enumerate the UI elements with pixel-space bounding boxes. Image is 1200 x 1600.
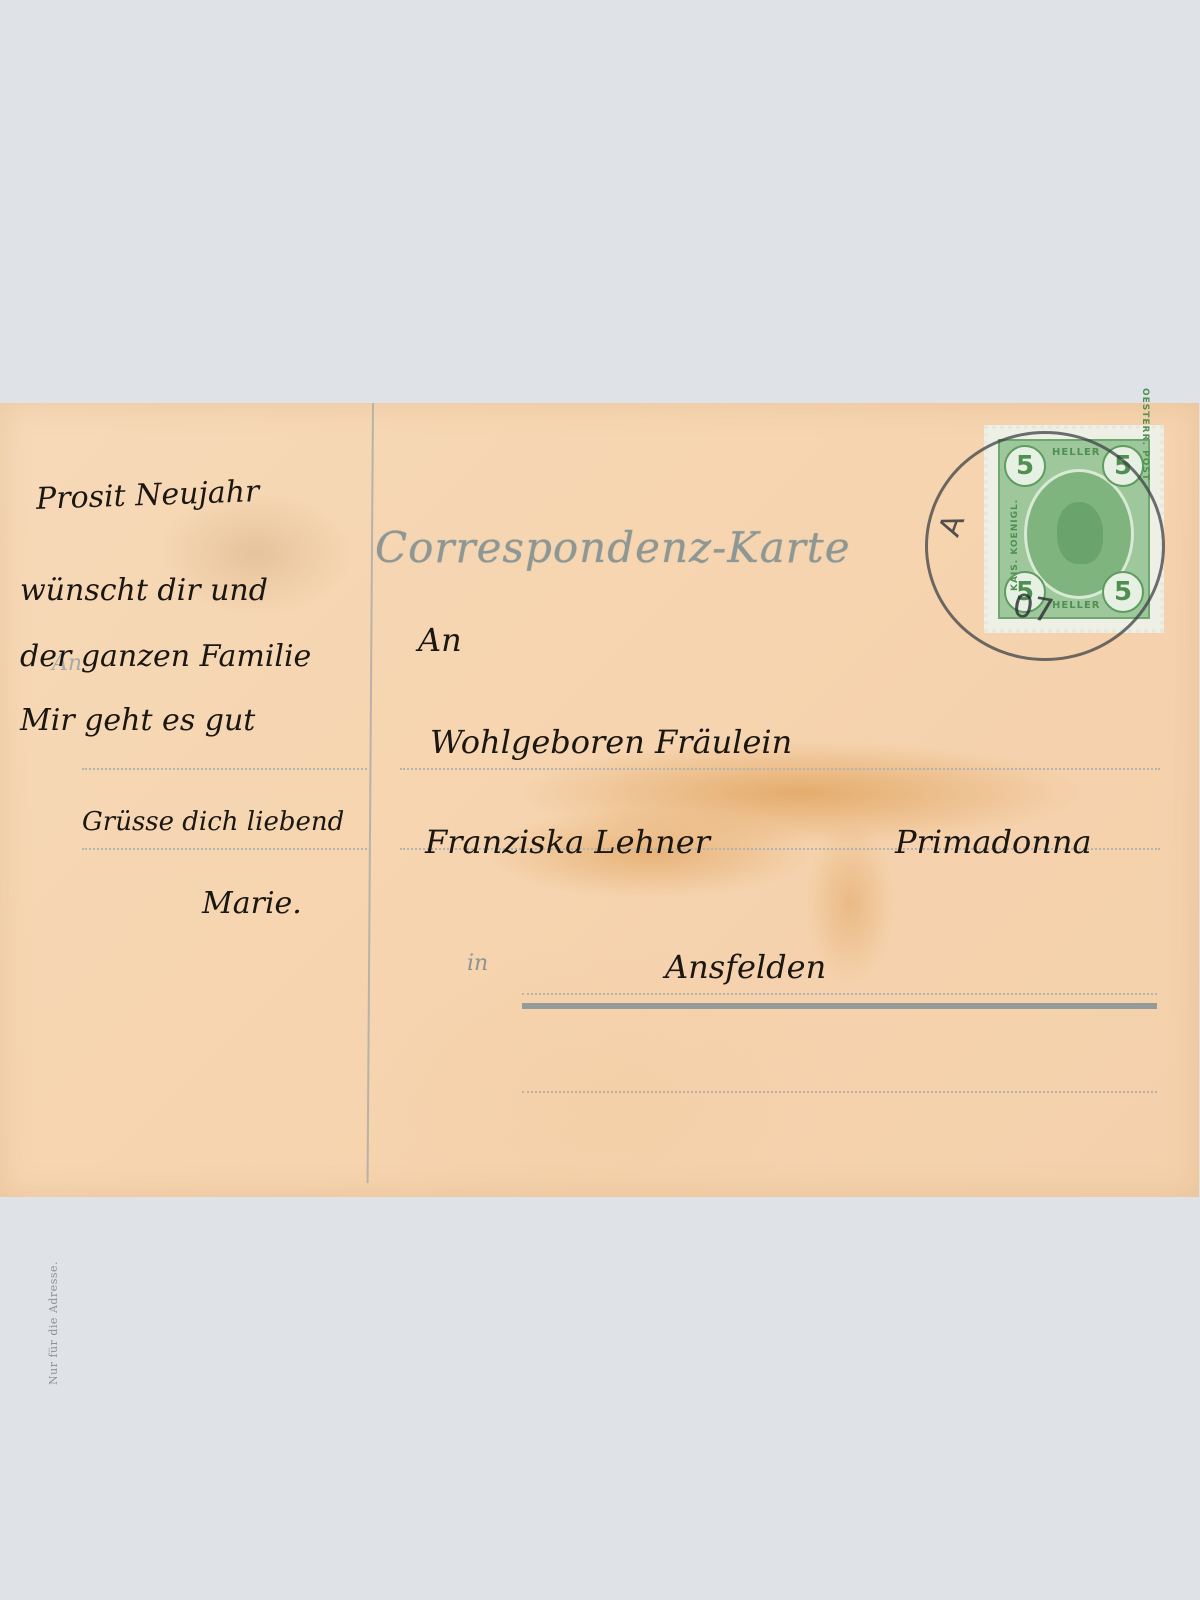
address-dotted-line: [522, 1091, 1157, 1093]
address-city: Ansfelden: [665, 948, 826, 986]
message-line: wünscht dir und: [20, 573, 268, 608]
address-only-label: Nur für die Adresse.: [47, 1261, 60, 1385]
signature: Marie.: [202, 886, 302, 921]
address-dotted-line: [522, 993, 1157, 995]
postmark-year: 07: [1010, 586, 1057, 630]
address-recipient-title: Primadonna: [895, 823, 1092, 861]
address-recipient-name: Franziska Lehner: [425, 823, 710, 861]
message-dotted-line: [82, 768, 367, 770]
card-title: Correspondenz-Karte: [375, 523, 851, 572]
address-dotted-line: [400, 768, 1160, 770]
message-line: Mir geht es gut: [20, 703, 255, 738]
message-line: Grüsse dich liebend: [82, 807, 344, 837]
message-dotted-line: [82, 848, 367, 850]
address-salutation: An: [418, 621, 462, 659]
postcard: Correspondenz-Karte An Nur für die Adres…: [0, 403, 1199, 1197]
card-divider-line: [367, 403, 374, 1183]
in-label: in: [467, 951, 488, 976]
stamp-right-text: OESTERR. POST: [1140, 388, 1150, 481]
address-line-1: Wohlgeboren Fräulein: [430, 723, 792, 761]
city-underline: [522, 1003, 1157, 1009]
message-line: Prosit Neujahr: [35, 474, 259, 517]
message-line: der ganzen Familie: [20, 639, 311, 674]
